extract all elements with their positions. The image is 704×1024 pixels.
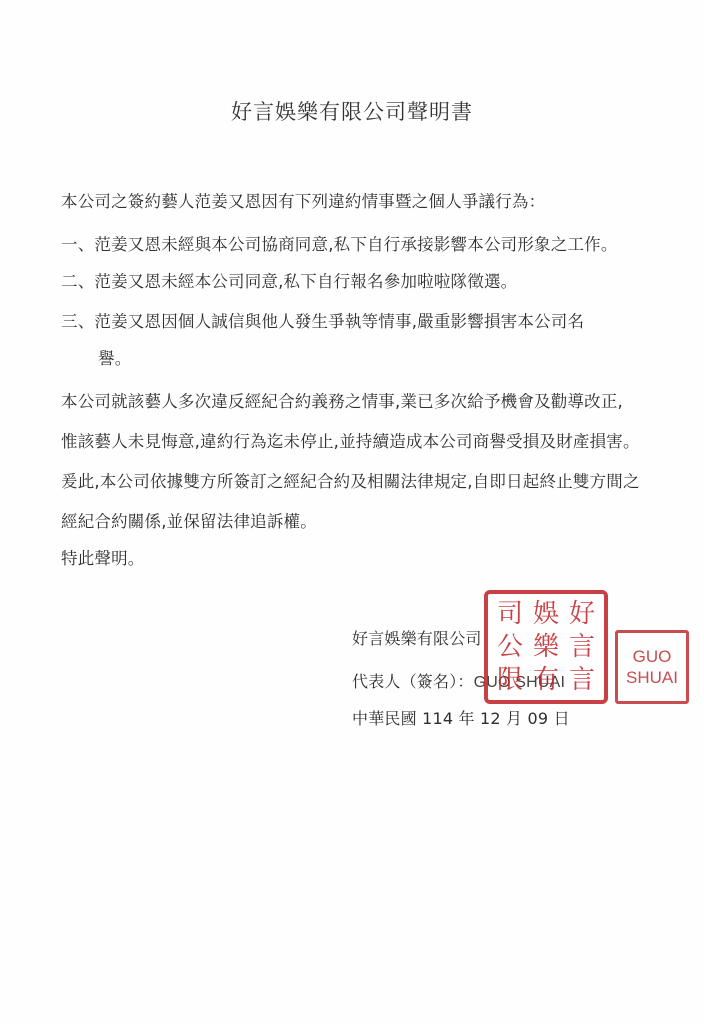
document-page: 好言娛樂有限公司聲明書 本公司之簽約藝人范姜又恩因有下列違約情事暨之個人爭議行為… [0, 0, 704, 1024]
seal-char: 有 [528, 663, 564, 696]
representative-label: 代表人（簽名）： [352, 672, 474, 691]
seal-char: 娛 [528, 598, 564, 631]
signature-date: 中華民國 114 年 12 月 09 日 [352, 706, 570, 729]
document-title: 好言娛樂有限公司聲明書 [0, 96, 704, 126]
personal-seal-line1: GUO [633, 646, 672, 667]
body-paragraph-1-cont: 惟該藝人未見悔意,違約行為迄未停止,並持續造成本公司商譽受損及財產損害。 [61, 428, 640, 452]
closing-statement: 特此聲明。 [61, 545, 145, 569]
violation-item-3: 三、范姜又恩因個人誠信與他人發生爭執等情事,嚴重影響損害本公司名 [61, 308, 584, 332]
violation-item-2: 二、范姜又恩未經本公司同意,私下自行報名參加啦啦隊徵選。 [61, 268, 517, 292]
body-paragraph-2-cont: 經紀合約關係,並保留法律追訴權。 [61, 508, 317, 532]
personal-seal-stamp: GUO SHUAI [615, 630, 689, 704]
seal-char: 樂 [528, 631, 564, 664]
personal-seal-line2: SHUAI [626, 667, 678, 688]
seal-char: 言 [564, 631, 600, 664]
seal-char: 公 [492, 631, 528, 664]
company-seal-stamp: 司 娛 好 公 樂 言 限 有 言 [484, 590, 608, 704]
intro-paragraph: 本公司之簽約藝人范姜又恩因有下列違約情事暨之個人爭議行為： [61, 188, 545, 212]
body-paragraph-1: 本公司就該藝人多次違反經紀合約義務之情事,業已多次給予機會及勸導改正, [61, 388, 623, 412]
violation-item-3-cont: 譽。 [98, 345, 131, 369]
body-paragraph-2: 爰此,本公司依據雙方所簽訂之經紀合約及相關法律規定,自即日起終止雙方間之 [61, 468, 640, 492]
violation-item-1: 一、范姜又恩未經與本公司協商同意,私下自行承接影響本公司形象之工作。 [61, 231, 618, 255]
seal-char: 好 [564, 598, 600, 631]
seal-char: 限 [492, 663, 528, 696]
seal-char: 言 [564, 663, 600, 696]
seal-char: 司 [492, 598, 528, 631]
signature-company: 好言娛樂有限公司 [352, 626, 482, 649]
